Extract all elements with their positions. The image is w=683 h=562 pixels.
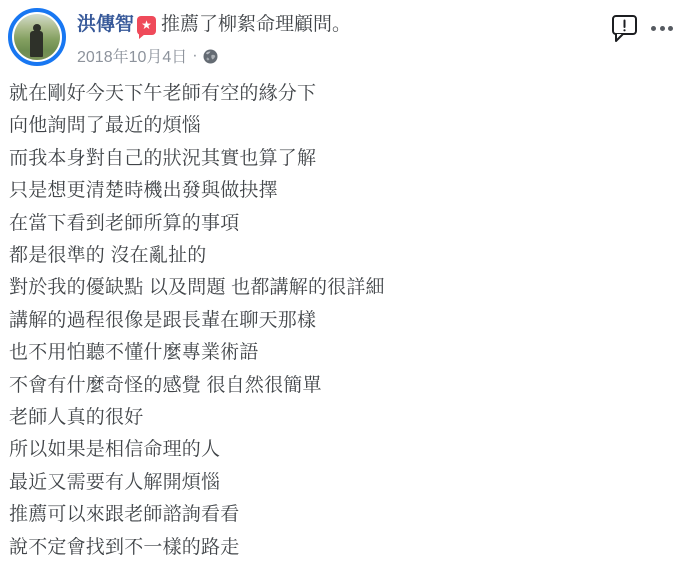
ellipsis-icon [651,26,656,31]
feedback-bubble-button[interactable] [609,12,640,45]
post-controls [609,12,675,45]
date-row: 2018年10月4日 · [77,44,351,67]
more-options-ellipsis-button[interactable] [649,22,675,35]
post-header: 洪傳智 推薦了 柳絮命理顧問 。 2018年10月4日 · [8,8,675,67]
avatar[interactable] [8,8,66,66]
action-text: 推薦了 [161,13,218,37]
name-row: 洪傳智 推薦了 柳絮命理顧問 。 [77,13,351,37]
dot-separator: · [192,47,197,65]
action-suffix: 。 [332,13,351,37]
timestamp-link[interactable]: 2018年10月4日 [77,44,187,67]
avatar-photo [14,14,60,60]
avatar-person-silhouette [33,24,41,32]
recommendation-star-badge-icon [137,16,156,35]
globe-privacy-icon [203,49,218,64]
facebook-post: 洪傳智 推薦了 柳絮命理顧問 。 2018年10月4日 · [0,0,683,562]
header-text: 洪傳智 推薦了 柳絮命理顧問 。 2018年10月4日 · [77,8,351,67]
author-link[interactable]: 洪傳智 [77,13,134,37]
page-link[interactable]: 柳絮命理顧問 [218,13,332,37]
post-text: 就在剛好今天下午老師有空的緣分下 向他詢問了最近的煩惱 而我本身對自己的狀況其實… [9,78,675,562]
